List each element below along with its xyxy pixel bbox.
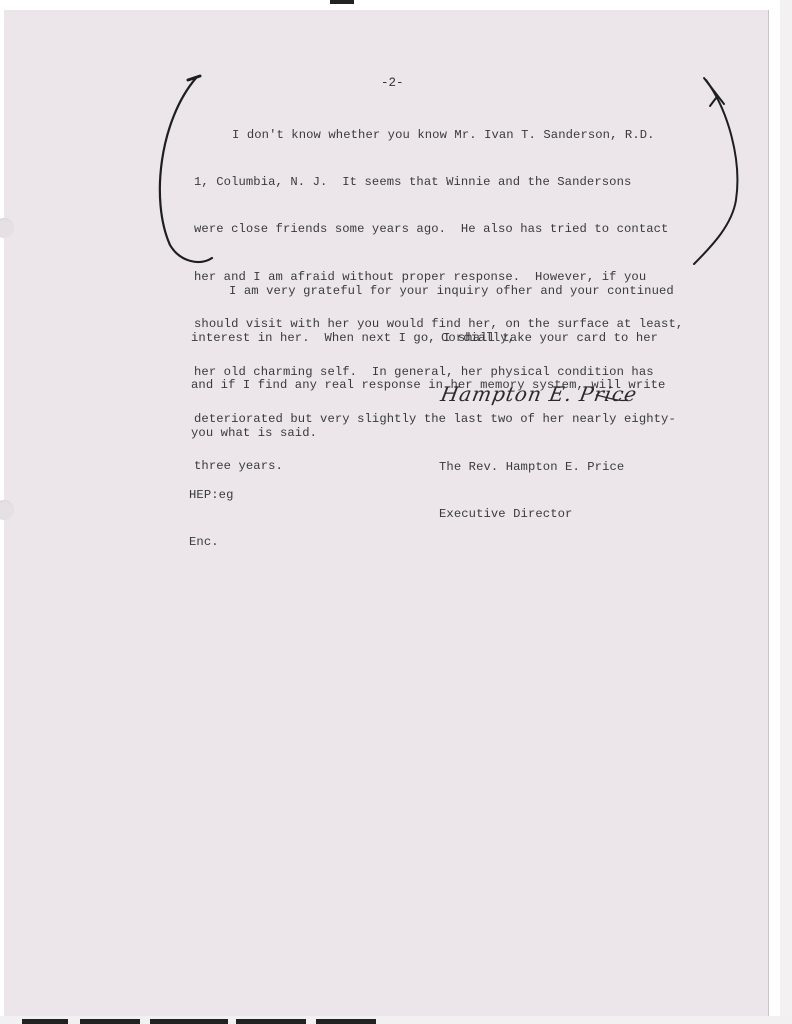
signer-title: Executive Director bbox=[439, 507, 624, 523]
reference-block: HEP:eg Enc. bbox=[189, 456, 233, 567]
paragraph-2: I am very grateful for your inquiry ofhe… bbox=[191, 252, 674, 457]
handwritten-signature: Hampton E. Price bbox=[439, 382, 639, 406]
scan-bottom-edge bbox=[0, 1016, 792, 1024]
closing: Cordially, bbox=[441, 331, 515, 347]
signature-block: The Rev. Hampton E. Price Executive Dire… bbox=[439, 428, 624, 539]
scan-background-edge bbox=[780, 0, 792, 1024]
paragraph-1-line: 1, Columbia, N. J. It seems that Winnie … bbox=[194, 175, 683, 191]
page-number: -2- bbox=[381, 76, 404, 90]
scan-edge-mark bbox=[330, 0, 354, 4]
reference-initials: HEP:eg bbox=[189, 488, 233, 504]
paragraph-2-line: interest in her. When next I go, I shall… bbox=[191, 331, 674, 347]
paragraph-2-line: I am very grateful for your inquiry ofhe… bbox=[191, 284, 674, 300]
enclosure-note: Enc. bbox=[189, 535, 233, 551]
signer-name: The Rev. Hampton E. Price bbox=[439, 460, 624, 476]
paragraph-1-line: I don't know whether you know Mr. Ivan T… bbox=[194, 128, 683, 144]
paragraph-1-line: were close friends some years ago. He al… bbox=[194, 222, 683, 238]
